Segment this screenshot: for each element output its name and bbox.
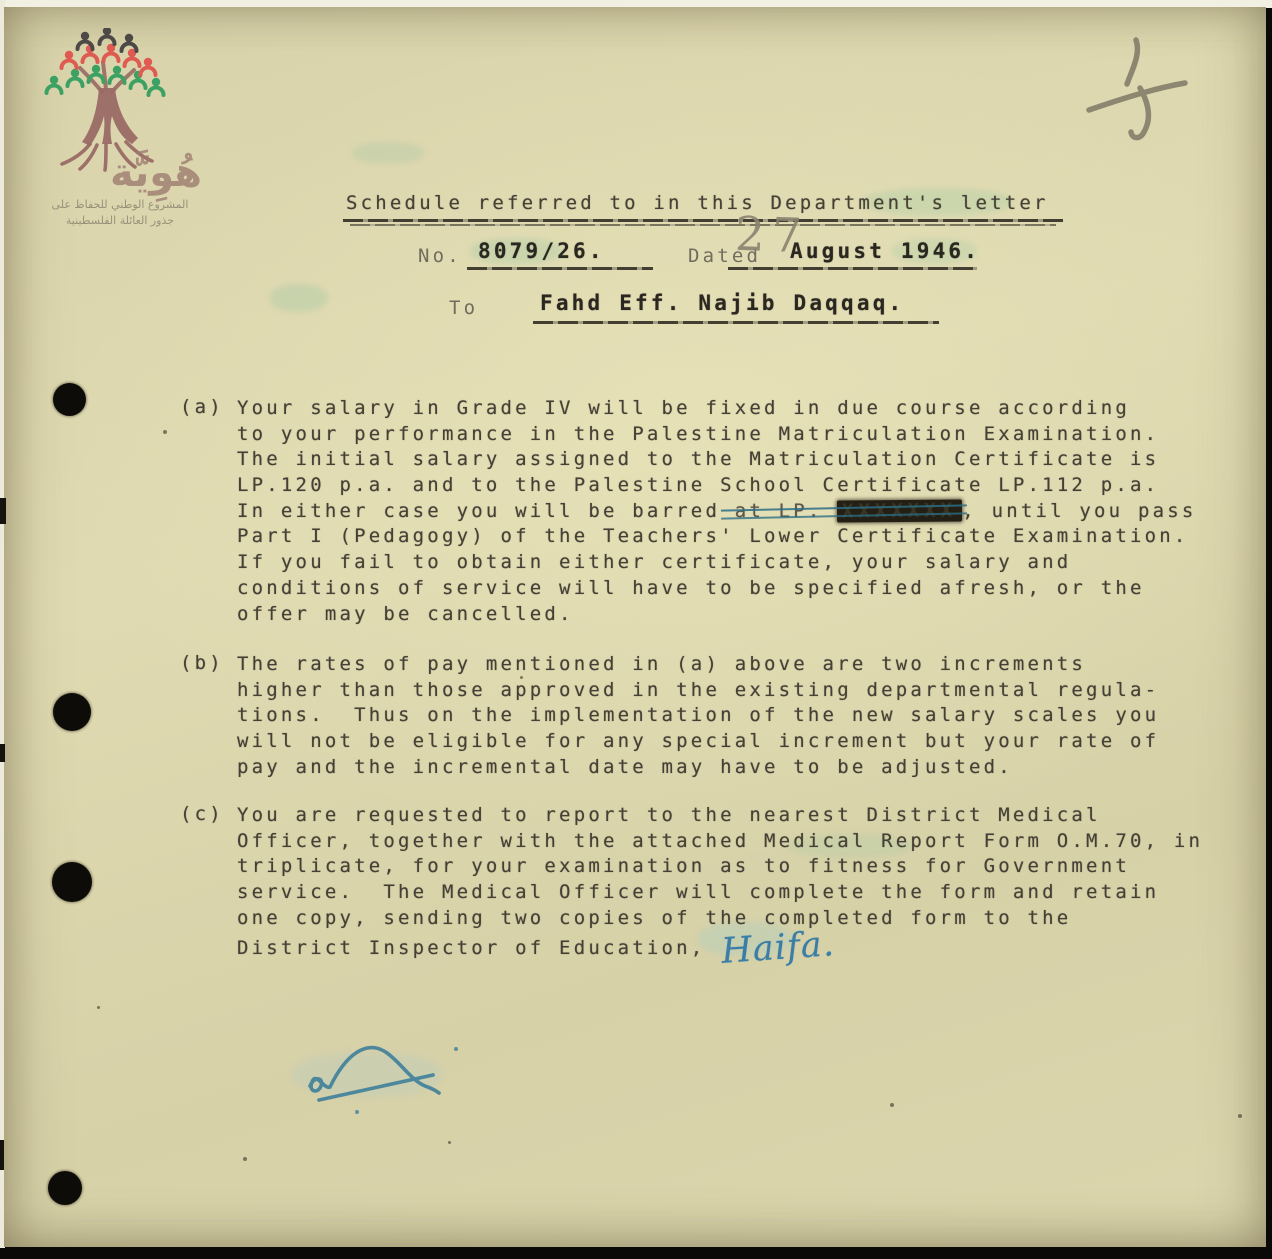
punch-hole xyxy=(53,693,91,731)
addressee-name: Fahd Eff. Najib Daqqaq. xyxy=(540,291,904,315)
dust-speck xyxy=(97,1006,100,1009)
scan-stain xyxy=(352,142,424,164)
punch-hole xyxy=(48,1171,82,1205)
number-underline xyxy=(467,267,653,270)
paragraph-label: (b) xyxy=(180,652,224,674)
scan-artifact xyxy=(0,744,5,762)
handwritten-city: Haifa. xyxy=(721,932,836,966)
dust-speck xyxy=(243,1157,247,1161)
dust-speck xyxy=(163,430,167,434)
scanned-letter-page: هُوِيَّة المشروع الوطني للحفاظ على جذور … xyxy=(0,0,1272,1259)
typed-line: higher than those approved in the existi… xyxy=(237,678,1159,704)
punch-hole xyxy=(53,383,86,416)
no-label: No. xyxy=(418,245,462,267)
typed-line: one copy, sending two copies of the comp… xyxy=(237,906,1203,932)
scan-artifact xyxy=(0,498,6,524)
paragraph-label: (c) xyxy=(180,803,224,825)
typed-line: Officer, together with the attached Medi… xyxy=(237,829,1203,855)
typed-line: offer may be cancelled. xyxy=(237,602,1197,628)
line-text: District Inspector of Education, xyxy=(237,937,705,959)
typed-line: tions. Thus on the implementation of the… xyxy=(237,703,1159,729)
title-underline xyxy=(343,219,1063,222)
typed-line: service. The Medical Officer will comple… xyxy=(237,880,1203,906)
dust-speck xyxy=(890,1103,894,1107)
date-underline xyxy=(728,267,977,270)
scan-artifact xyxy=(0,1140,4,1170)
paragraph-label: (a) xyxy=(180,396,224,418)
logo-arabic-subtitle: جذور العائلة الفلسطينية xyxy=(40,214,200,227)
typed-line: LP.120 p.a. and to the Palestine School … xyxy=(237,473,1197,499)
letter-date: August 1946. xyxy=(790,239,980,263)
addressee-underline xyxy=(533,321,939,324)
document-title: Schedule referred to in this Department'… xyxy=(346,192,1049,214)
signature-scribble xyxy=(293,1026,508,1126)
dust-speck xyxy=(448,1141,451,1144)
to-label: To xyxy=(449,297,478,319)
struck-text: at LP. xyxy=(735,500,823,522)
pencil-mark-icon xyxy=(1082,28,1194,146)
typed-line: conditions of service will have to be sp… xyxy=(237,576,1197,602)
letter-number: 8079/26. xyxy=(478,239,605,263)
typed-line: If you fail to obtain either certificate… xyxy=(237,550,1197,576)
line-text: , until you pass xyxy=(962,500,1196,522)
typed-line: will not be eligible for any special inc… xyxy=(237,729,1159,755)
typed-line: pay and the incremental date may have to… xyxy=(237,755,1159,781)
paragraph-b: (b) The rates of pay mentioned in (a) ab… xyxy=(180,652,1159,780)
typed-line-with-strikeout: In either case you will be barred at LP.… xyxy=(237,499,1197,525)
typed-line: Part I (Pedagogy) of the Teachers' Lower… xyxy=(237,524,1197,550)
typed-line: Your salary in Grade IV will be fixed in… xyxy=(237,396,1197,422)
typed-line: to your performance in the Palestine Mat… xyxy=(237,422,1197,448)
paragraph-a: (a) Your salary in Grade IV will be fixe… xyxy=(180,396,1197,627)
ink-strikeout-zone: at LP. XXXXXXX xyxy=(735,499,963,525)
paragraph-c: (c) You are requested to report to the n… xyxy=(180,803,1203,957)
scan-stain xyxy=(270,284,328,312)
typed-over-blackout: XXXXXXX xyxy=(837,499,962,522)
typed-line: The rates of pay mentioned in (a) above … xyxy=(237,652,1159,678)
dust-speck xyxy=(1238,1114,1242,1118)
typed-line: triplicate, for your examination as to f… xyxy=(237,854,1203,880)
line-text: In either case you will be barred xyxy=(237,500,735,522)
typed-line: You are requested to report to the neare… xyxy=(237,803,1203,829)
logo-arabic-subtitle: المشروع الوطني للحفاظ على xyxy=(40,198,200,211)
title-underline-2 xyxy=(350,224,1056,226)
punch-hole xyxy=(52,862,92,902)
typed-line: The initial salary assigned to the Matri… xyxy=(237,447,1197,473)
typed-line-with-handwriting: District Inspector of Education,Haifa. xyxy=(237,931,1203,957)
logo-arabic-name: هُوِيَّة xyxy=(96,150,216,196)
